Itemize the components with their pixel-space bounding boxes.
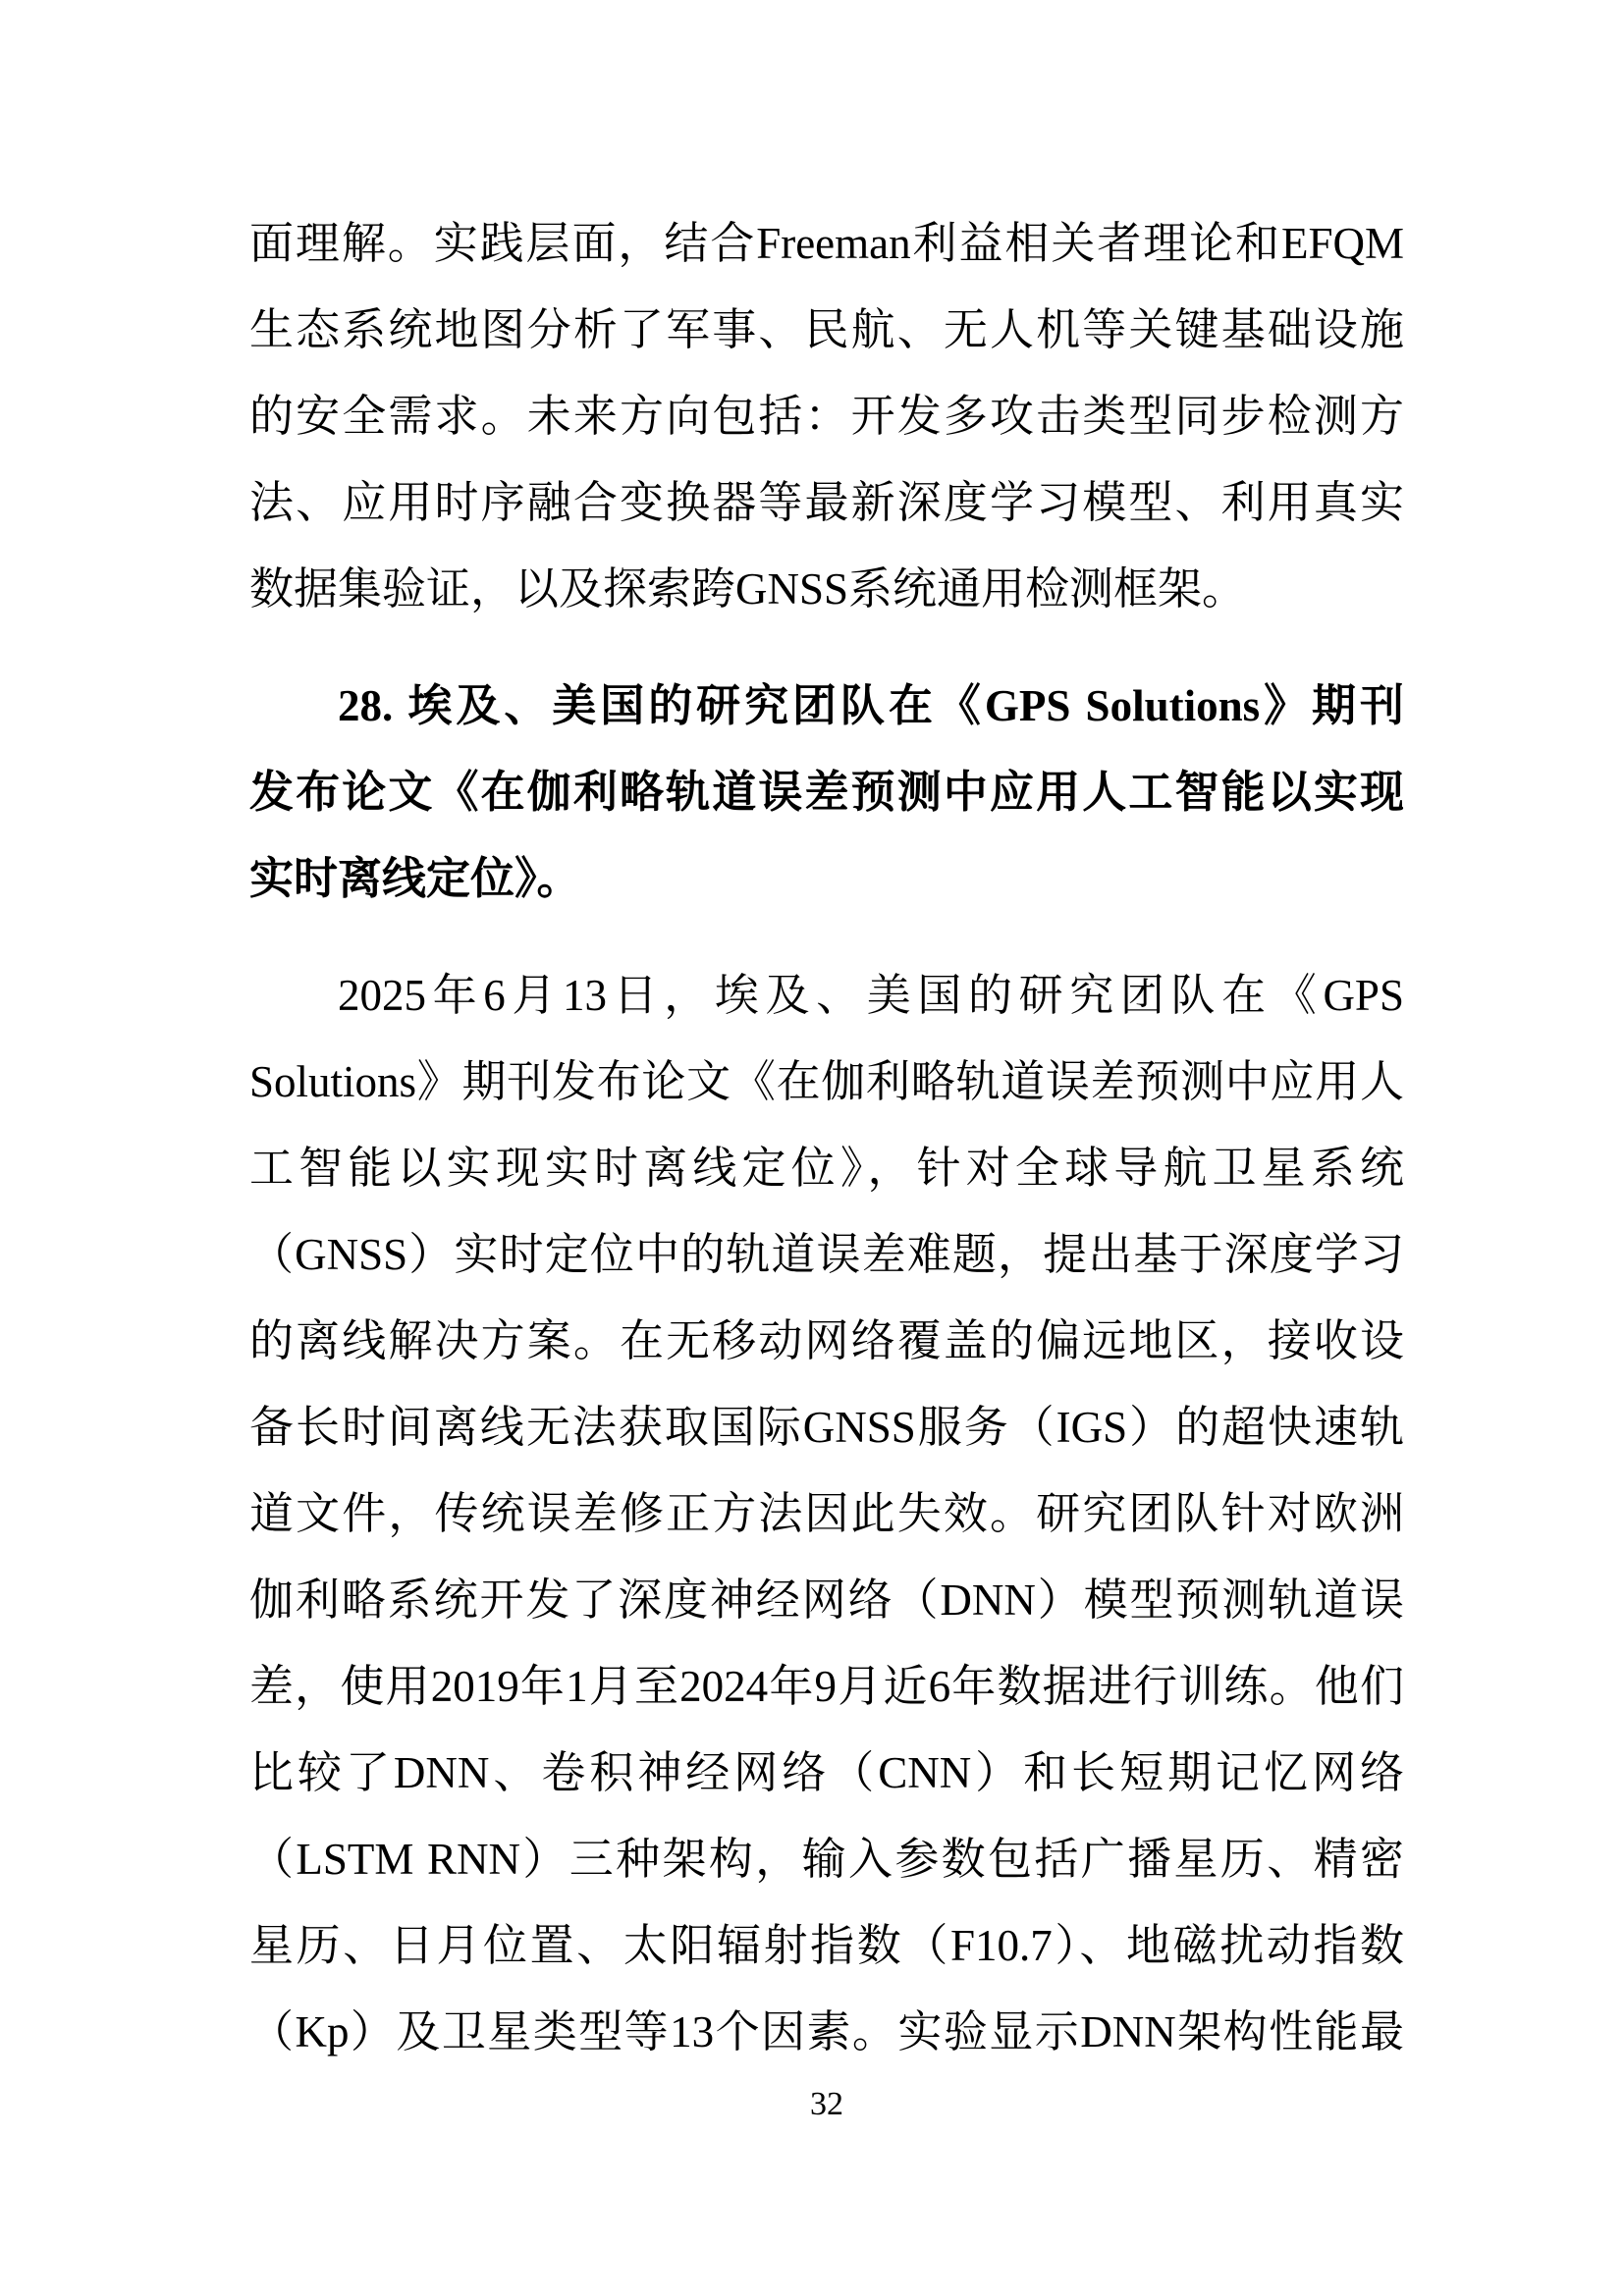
text-line: 数据集验证，以及探索跨GNSS系统通用检测框架。	[249, 546, 1404, 632]
text-line: 的安全需求。未来方向包括：开发多攻击类型同步检测方	[249, 373, 1404, 459]
text-line: 比较了DNN、卷积神经网络（CNN）和长短期记忆网络	[249, 1730, 1404, 1816]
paragraph-item27-continuation: 面理解。实践层面，结合Freeman利益相关者理论和EFQM 生态系统地图分析了…	[249, 200, 1404, 632]
document-page: 面理解。实践层面，结合Freeman利益相关者理论和EFQM 生态系统地图分析了…	[0, 0, 1624, 2296]
heading-line: 发布论文《在伽利略轨道误差预测中应用人工智能以实现	[249, 749, 1404, 835]
text-line: 法、应用时序融合变换器等最新深度学习模型、利用真实	[249, 459, 1404, 546]
paragraph-item28-body: 2025年6月13日，埃及、美国的研究团队在《GPS Solutions》期刊发…	[249, 952, 1404, 2075]
text-line: 道文件，传统误差修正方法因此失效。研究团队针对欧洲	[249, 1470, 1404, 1557]
text-line: 2025年6月13日，埃及、美国的研究团队在《GPS	[249, 952, 1404, 1039]
heading-line: 28. 埃及、美国的研究团队在《GPS Solutions》期刊	[249, 663, 1404, 749]
text-line: （Kp）及卫星类型等13个因素。实验显示DNN架构性能最	[249, 1989, 1404, 2075]
heading-item-28: 28. 埃及、美国的研究团队在《GPS Solutions》期刊 发布论文《在伽…	[249, 663, 1404, 922]
text-line: 的离线解决方案。在无移动网络覆盖的偏远地区，接收设	[249, 1298, 1404, 1384]
text-line: 备长时间离线无法获取国际GNSS服务（IGS）的超快速轨	[249, 1384, 1404, 1470]
text-line: 生态系统地图分析了军事、民航、无人机等关键基础设施	[249, 287, 1404, 373]
text-line: 差，使用2019年1月至2024年9月近6年数据进行训练。他们	[249, 1643, 1404, 1730]
text-line: 星历、日月位置、太阳辐射指数（F10.7）、地磁扰动指数	[249, 1902, 1404, 1989]
text-line: 伽利略系统开发了深度神经网络（DNN）模型预测轨道误	[249, 1557, 1404, 1643]
text-line: （GNSS）实时定位中的轨道误差难题，提出基于深度学习	[249, 1211, 1404, 1298]
heading-line: 实时离线定位》。	[249, 835, 1404, 922]
page-number: 32	[249, 2081, 1404, 2128]
text-line: 工智能以实现实时离线定位》，针对全球导航卫星系统	[249, 1125, 1404, 1211]
text-line: 面理解。实践层面，结合Freeman利益相关者理论和EFQM	[249, 200, 1404, 287]
text-line: （LSTM RNN）三种架构，输入参数包括广播星历、精密	[249, 1816, 1404, 1902]
text-line: Solutions》期刊发布论文《在伽利略轨道误差预测中应用人	[249, 1039, 1404, 1125]
